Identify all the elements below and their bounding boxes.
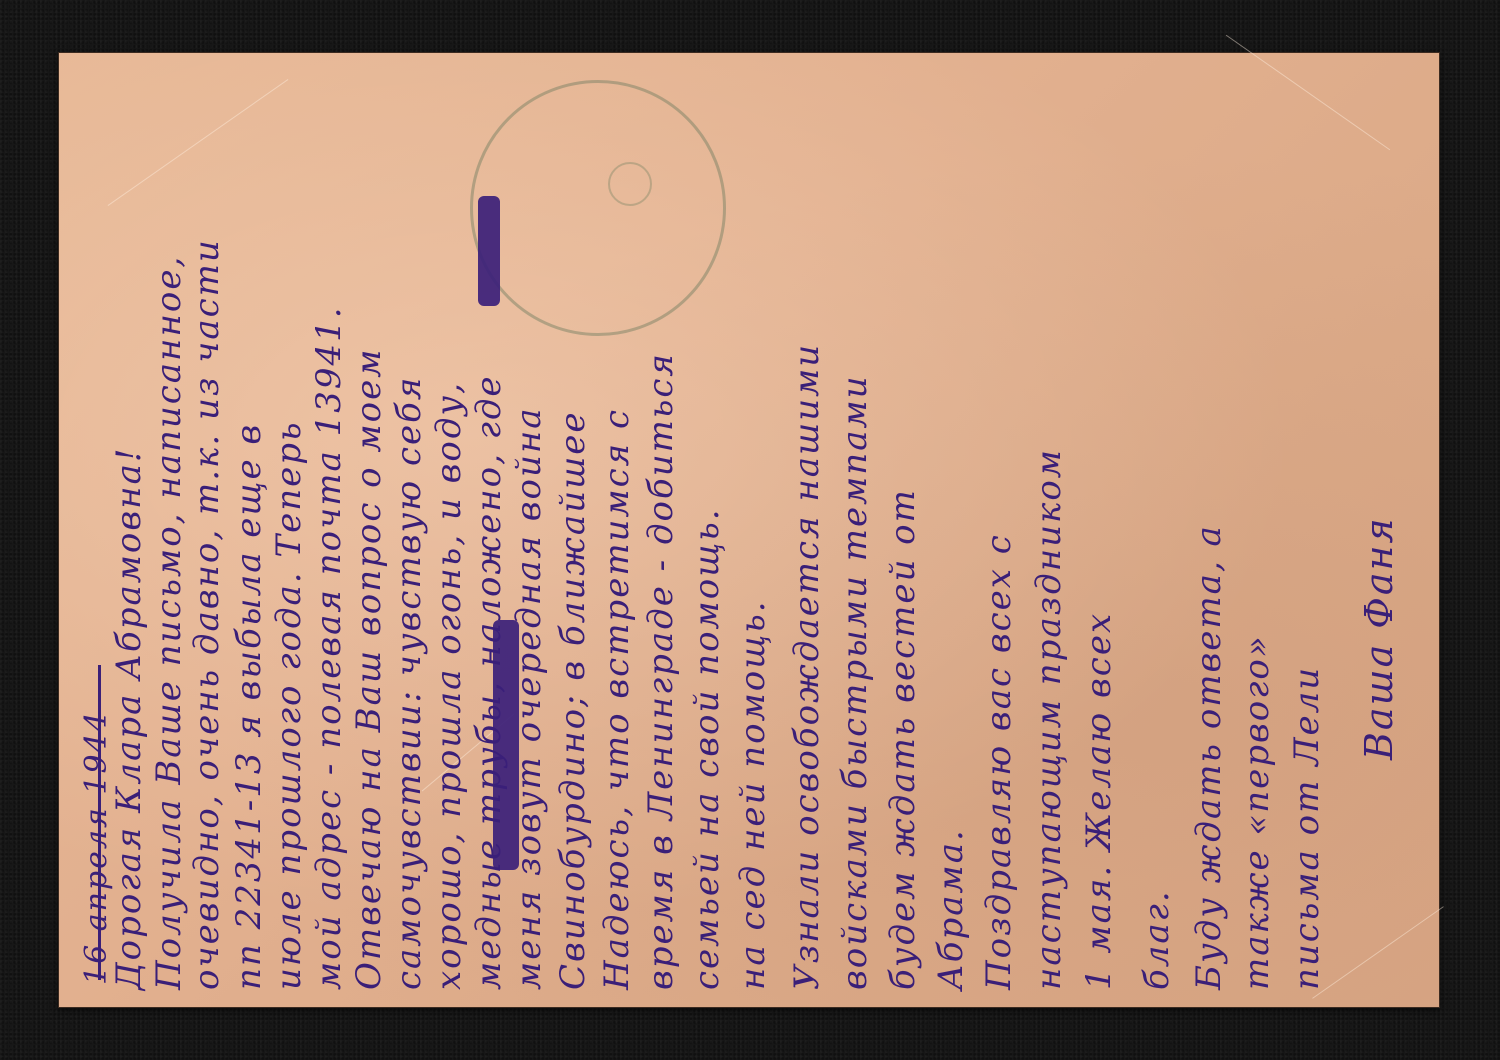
letter-line: хорошо, прошла огонь, и воду,: [432, 381, 466, 990]
date-underline: [98, 665, 101, 980]
letter-line: Надеюсь, что встретимся с: [600, 408, 634, 990]
letter-line: Дорогая Клара Абрамовна!: [112, 446, 146, 990]
letter-line: письма от Лели: [1290, 666, 1324, 990]
letter-line: семьей на свой помощь.: [690, 507, 724, 990]
crossed-out-text: [478, 196, 500, 306]
letter-line: время в Ленинграде - добиться: [644, 352, 678, 990]
letter-line: пп 22341-13 я выбыла еще в: [232, 423, 266, 990]
date-line: 16 апреля 1944: [82, 710, 112, 985]
letter-line: Узнали освобождается нашими: [790, 343, 824, 990]
letter-line: мой адрес - полевая почта 13941.: [312, 305, 346, 990]
letter-line: Буду ждать ответа, а: [1192, 524, 1226, 990]
letter-line: также «первого»: [1240, 634, 1274, 990]
letter-line: Ваша Фаня: [1360, 516, 1398, 760]
letter-line: благ.: [1140, 889, 1174, 990]
letter-line: будем ждать вестей от: [886, 488, 920, 990]
crease: [1312, 906, 1444, 999]
letter-line: войсками быстрыми темпами: [838, 374, 872, 990]
letter-line: июле прошлого года. Теперь: [272, 420, 306, 990]
letter-line: Поздравляю вас всех с: [982, 533, 1016, 990]
letter-line: наступающим праздником: [1032, 448, 1066, 990]
letter-line: самочувствии: чувствую себя: [392, 376, 426, 990]
crease: [1226, 35, 1390, 151]
letter-line: Получила Ваше письмо, написанное,: [152, 255, 186, 990]
crossed-out-text: [493, 620, 519, 870]
postmark-center: [608, 162, 652, 206]
letter-line: 1 мая. Желаю всех: [1082, 612, 1116, 990]
crease: [108, 79, 289, 206]
postmark-stamp: [470, 80, 726, 336]
letter-line: очевидно, очень давно, т.к. из части: [190, 238, 224, 990]
letter-line: Отвечаю на Ваш вопрос о моем: [352, 348, 386, 990]
letter-line: Абрама.: [934, 828, 968, 990]
letter-line: Свинобурдино; в ближайшее: [556, 410, 590, 990]
letter-line: на сед ней помощь.: [736, 599, 770, 990]
